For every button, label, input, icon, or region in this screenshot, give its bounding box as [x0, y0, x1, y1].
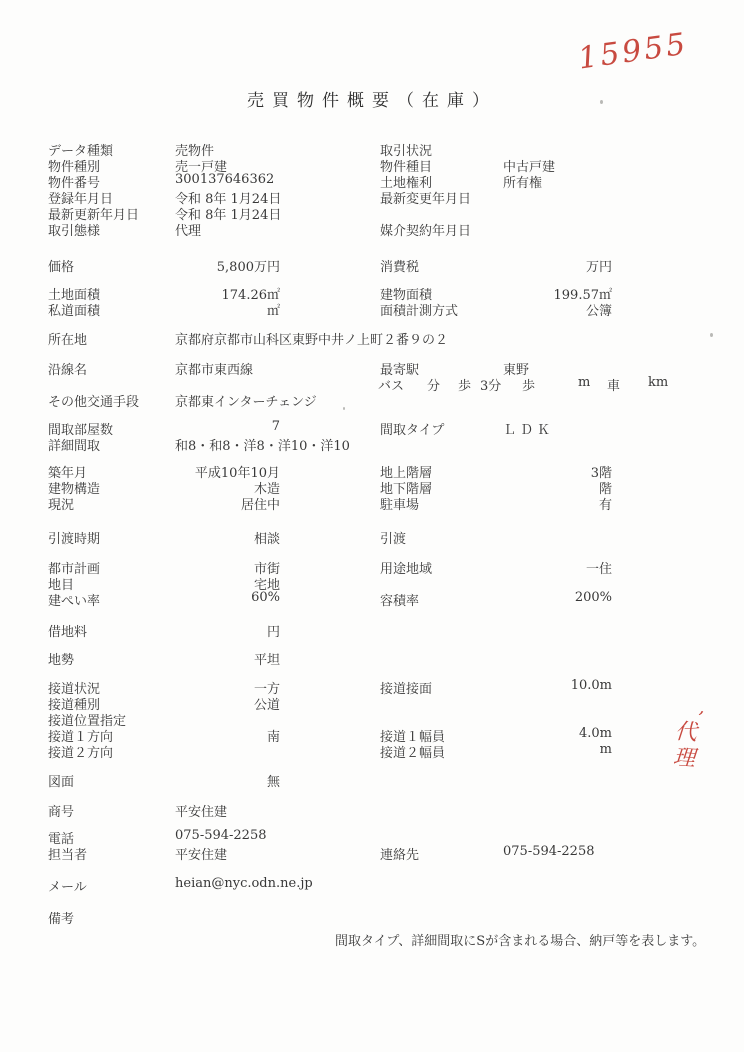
field-label-remarks: 備考 [48, 908, 74, 927]
handwritten-side-note: 代 理 [670, 719, 700, 773]
field-label-private-road-area: 私道面積 [48, 300, 100, 319]
field-value-floor-plan-detail: 和8・和8・洋8・洋10・洋10 [175, 435, 350, 454]
field-row: 物件番号 300137646362 土地権利 所有権 [0, 172, 744, 189]
field-label-handover: 引渡 [380, 528, 406, 547]
field-row: 引渡時期 相談 引渡 [0, 528, 744, 545]
field-label-terrain: 地勢 [48, 649, 74, 668]
field-label-price: 価格 [48, 256, 74, 275]
field-value-terrain: 平坦 [110, 649, 280, 668]
field-value-floor-area-ratio: 200% [452, 590, 612, 605]
field-row: 沿線名 京都市東西線 最寄駅 東野 [0, 359, 744, 376]
field-row: 図面 無 [0, 771, 744, 788]
field-value-drawing: 無 [110, 771, 280, 790]
field-row: 間取部屋数 7 間取タイプ ＬＤＫ [0, 419, 744, 436]
page-title: 売買物件概要（在庫） [0, 86, 744, 111]
field-row: 接道種別 公道 [0, 694, 744, 711]
handwritten-side-note-char: 理 [672, 745, 696, 771]
field-value-land-rent: 円 [110, 621, 280, 640]
field-row: 建物構造 木造 地下階層 階 [0, 478, 744, 495]
field-row: 所在地 京都府京都市山科区東野中井ノ上町２番９の２ [0, 329, 744, 346]
field-row: 備考 [0, 908, 744, 925]
field-row: 借地料 円 [0, 621, 744, 638]
field-row: 最新更新年月日 令和 8年 1月24日 [0, 204, 744, 221]
station-access-row: バス 分 歩 3分 歩 m 車 km [0, 375, 744, 392]
scan-speck [600, 100, 603, 104]
field-value-parking: 有 [452, 494, 612, 513]
field-label-other-transport: その他交通手段 [48, 391, 139, 410]
field-value-road-frontage: 10.0m [452, 678, 612, 693]
field-label-mediation-contract-date: 媒介契約年月日 [380, 220, 471, 239]
field-row: データ種類 売物件 取引状況 [0, 140, 744, 157]
field-value-private-road-area: ㎡ [110, 300, 280, 319]
field-value-area-measurement: 公簿 [452, 300, 612, 319]
field-label-handover-timing: 引渡時期 [48, 528, 100, 547]
field-label-road2-direction: 接道２方向 [48, 742, 113, 761]
field-row: 築年月 平成10年10月 地上階層 3階 [0, 462, 744, 479]
field-row: 詳細間取 和8・和8・洋8・洋10・洋10 [0, 435, 744, 452]
field-row: 建ぺい率 60% 容積率 200% [0, 590, 744, 607]
field-label-building-coverage: 建ぺい率 [48, 590, 100, 609]
field-row: 接道状況 一方 接道接面 10.0m [0, 678, 744, 695]
field-row: 登録年月日 令和 8年 1月24日 最新変更年月日 [0, 188, 744, 205]
field-row: 取引態様 代理 媒介契約年月日 [0, 220, 744, 237]
field-value-contact-person: 平安住建 [175, 844, 227, 863]
field-row: 私道面積 ㎡ 面積計測方式 公簿 [0, 300, 744, 317]
station-access-token: km [648, 375, 668, 390]
field-row: 現況 居住中 駐車場 有 [0, 494, 744, 511]
field-value-building-coverage: 60% [110, 590, 280, 605]
field-row: メール heian@nyc.odn.ne.jp [0, 876, 744, 893]
field-row: 都市計画 市街 用途地域 一住 [0, 558, 744, 575]
field-label-parking: 駐車場 [380, 494, 419, 513]
footer-note: 間取タイプ、詳細間取にSが含まれる場合、納戸等を表します。 [335, 930, 705, 949]
field-row: 地目 宅地 [0, 574, 744, 591]
field-row: 担当者 平安住建 連絡先 075-594-2258 [0, 844, 744, 861]
field-label-company-name: 商号 [48, 801, 74, 820]
field-value-price: 5,800万円 [110, 256, 280, 275]
field-value-other-transport: 京都東インターチェンジ [175, 391, 317, 410]
field-row: 土地面積 174.26㎡ 建物面積 199.57㎡ [0, 284, 744, 301]
field-row: 価格 5,800万円 消費税 万円 [0, 256, 744, 273]
field-label-area-measurement: 面積計測方式 [380, 300, 458, 319]
field-label-current-status: 現況 [48, 494, 74, 513]
field-value-contact: 075-594-2258 [503, 844, 595, 859]
field-label-location: 所在地 [48, 329, 87, 348]
field-label-road2-width: 接道２幅員 [380, 742, 445, 761]
field-label-contact: 連絡先 [380, 844, 419, 863]
field-label-drawing: 図面 [48, 771, 74, 790]
field-value-road1-width: 4.0m [452, 726, 612, 741]
field-value-handover-timing: 相談 [110, 528, 280, 547]
field-value-location: 京都府京都市山科区東野中井ノ上町２番９の２ [175, 329, 448, 348]
field-label-consumption-tax: 消費税 [380, 256, 419, 275]
field-label-floor-area-ratio: 容積率 [380, 590, 419, 609]
field-value-road2-width: m [452, 742, 612, 757]
field-value-phone: 075-594-2258 [175, 828, 267, 843]
handwritten-side-note-char: 代 [674, 719, 698, 745]
field-row: 地勢 平坦 [0, 649, 744, 666]
field-row: 物件種別 売一戸建 物件種目 中古戸建 [0, 156, 744, 173]
field-value-email: heian@nyc.odn.ne.jp [175, 876, 313, 891]
field-label-email: メール [48, 876, 87, 895]
field-row: 電話 075-594-2258 [0, 828, 744, 845]
field-value-company-name: 平安住建 [175, 801, 227, 820]
field-value-room-count: 7 [110, 419, 280, 434]
document-page: 15955 売買物件概要（在庫） データ種類 売物件 取引状況 物件種別 売一戸… [0, 0, 744, 1052]
field-row: 接道位置指定 [0, 710, 744, 727]
field-row: 接道１方向 南 接道１幅員 4.0m [0, 726, 744, 743]
handwritten-number: 15955 [576, 26, 690, 76]
field-value-current-status: 居住中 [110, 494, 280, 513]
field-label-floor-plan-detail: 詳細間取 [48, 435, 100, 454]
field-value-transaction-type: 代理 [175, 220, 201, 239]
field-row: 商号 平安住建 [0, 801, 744, 818]
field-label-transaction-type: 取引態様 [48, 220, 100, 239]
station-access-token: m [578, 375, 590, 390]
field-row: 接道２方向 接道２幅員 m [0, 742, 744, 759]
field-value-property-number: 300137646362 [175, 172, 274, 187]
field-label-land-rent: 借地料 [48, 621, 87, 640]
field-value-consumption-tax: 万円 [452, 256, 612, 275]
field-row: その他交通手段 京都東インターチェンジ [0, 391, 744, 408]
field-label-contact-person: 担当者 [48, 844, 87, 863]
